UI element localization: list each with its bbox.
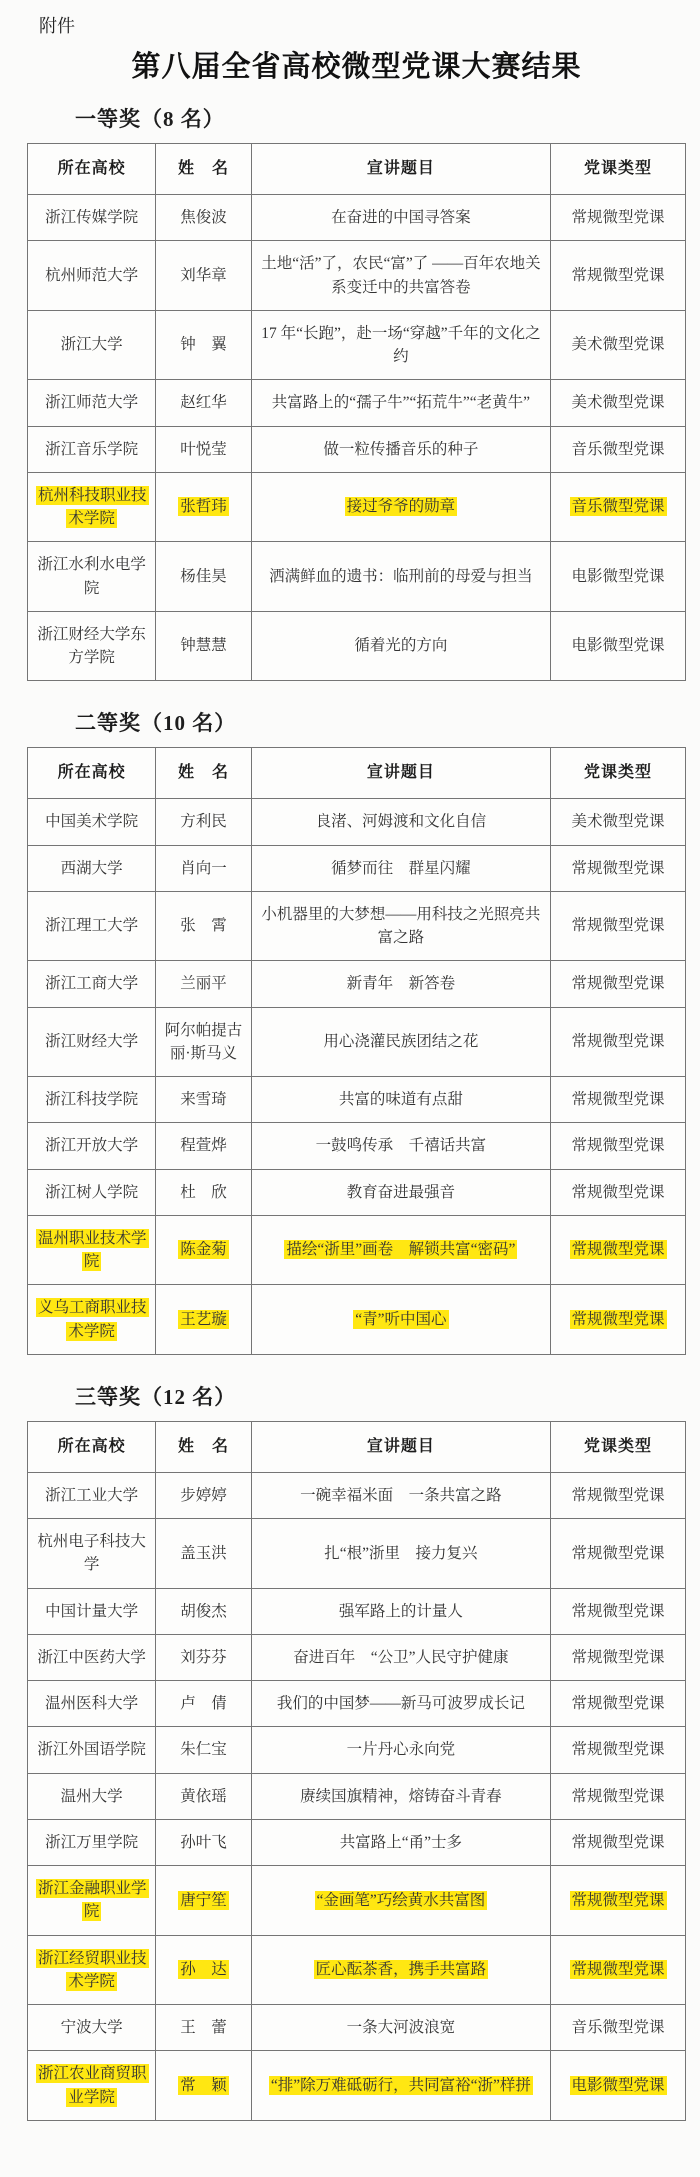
column-header: 宣讲题目 — [251, 748, 550, 799]
cell-text: 肖向一 — [180, 860, 227, 877]
table-row: 杭州电子科技大学盖玉洪扎“根”浙里 接力复兴常规微型党课 — [28, 1519, 686, 1589]
column-header: 姓 名 — [156, 748, 251, 799]
school-cell: 浙江工业大学 — [28, 1472, 156, 1518]
type-cell: 常规微型党课 — [551, 195, 686, 241]
name-cell: 钟 翼 — [156, 310, 251, 380]
cell-text: 循梦而往 群星闪耀 — [331, 860, 471, 877]
school-cell: 浙江师范大学 — [28, 380, 156, 426]
cell-text: 黄依瑶 — [180, 1788, 227, 1805]
topic-cell: “金画笔”巧绘黄水共富图 — [251, 1866, 550, 1936]
cell-text: 张 霄 — [180, 917, 227, 934]
type-cell: 常规微型党课 — [551, 961, 686, 1007]
table-row: 西湖大学肖向一循梦而往 群星闪耀常规微型党课 — [28, 845, 686, 891]
school-cell: 浙江财经大学 — [28, 1007, 156, 1077]
cell-text: 共富的味道有点甜 — [339, 1091, 463, 1108]
table-row: 浙江理工大学张 霄小机器里的大梦想——用科技之光照亮共富之路常规微型党课 — [28, 891, 686, 961]
cell-text: 常规微型党课 — [572, 860, 665, 877]
cell-text: 温州大学 — [61, 1788, 123, 1805]
highlighted-text: “青”听中国心 — [353, 1310, 448, 1329]
cell-text: 中国美术学院 — [45, 813, 138, 830]
cell-text: 教育奋进最强音 — [347, 1184, 456, 1201]
cell-text: 做一粒传播音乐的种子 — [323, 441, 478, 458]
highlighted-text: 常规微型党课 — [570, 1240, 667, 1259]
school-cell: 浙江水利水电学院 — [28, 542, 156, 612]
document-title: 第八届全省高校微型党课大赛结果 — [27, 44, 686, 85]
table-row: 杭州科技职业技术学院张哲玮接过爷爷的勋章音乐微型党课 — [28, 472, 686, 542]
school-cell: 浙江金融职业学院 — [28, 1866, 156, 1936]
cell-text: 美术微型党课 — [572, 336, 665, 353]
cell-text: 浙江理工大学 — [45, 917, 138, 934]
cell-text: 叶悦莹 — [180, 441, 227, 458]
name-cell: 来雪琦 — [156, 1077, 251, 1123]
results-table-1: 所在高校姓 名宣讲题目党课类型浙江传媒学院焦俊波在奋进的中国寻答案常规微型党课杭… — [27, 143, 686, 681]
highlighted-text: 王艺璇 — [178, 1310, 229, 1329]
school-cell: 浙江理工大学 — [28, 891, 156, 961]
cell-text: 程萱烨 — [180, 1137, 227, 1154]
cell-text: 常规微型党课 — [572, 209, 665, 226]
topic-cell: 扎“根”浙里 接力复兴 — [251, 1519, 550, 1589]
table-row: 浙江水利水电学院杨佳昊洒满鲜血的遗书：临刑前的母爱与担当电影微型党课 — [28, 542, 686, 612]
cell-text: 浙江财经大学 — [45, 1033, 138, 1050]
table-row: 浙江工商大学兰丽平新青年 新答卷常规微型党课 — [28, 961, 686, 1007]
name-cell: 常 颖 — [156, 2051, 251, 2121]
cell-text: 循着光的方向 — [354, 637, 447, 654]
cell-text: 常规微型党课 — [572, 1695, 665, 1712]
cell-text: 常规微型党课 — [572, 1603, 665, 1620]
cell-text: 阿尔帕提古丽·斯马义 — [165, 1022, 243, 1062]
name-cell: 叶悦莹 — [156, 426, 251, 472]
cell-text: 共富路上“甬”士多 — [340, 1834, 462, 1851]
school-cell: 杭州电子科技大学 — [28, 1519, 156, 1589]
table-row: 浙江师范大学赵红华共富路上的“孺子牛”“拓荒牛”“老黄牛”美术微型党课 — [28, 380, 686, 426]
cell-text: 土地“活”了，农民“富”了 ——百年农地关系变迁中的共富答卷 — [261, 255, 540, 295]
topic-cell: 一碗幸福米面 一条共富之路 — [251, 1472, 550, 1518]
school-cell: 浙江音乐学院 — [28, 426, 156, 472]
highlighted-text: 音乐微型党课 — [570, 497, 667, 516]
school-cell: 温州医科大学 — [28, 1681, 156, 1727]
topic-cell: 我们的中国梦——新马可波罗成长记 — [251, 1681, 550, 1727]
cell-text: 常规微型党课 — [572, 1834, 665, 1851]
cell-text: 常规微型党课 — [572, 1033, 665, 1050]
cell-text: 孙叶飞 — [180, 1834, 227, 1851]
cell-text: 杭州师范大学 — [45, 267, 138, 284]
cell-text: 西湖大学 — [61, 860, 123, 877]
table-row: 浙江工业大学步婷婷一碗幸福米面 一条共富之路常规微型党课 — [28, 1472, 686, 1518]
table-row: 温州大学黄依瑶赓续国旗精神，熔铸奋斗青春常规微型党课 — [28, 1773, 686, 1819]
cell-text: 步婷婷 — [180, 1487, 227, 1504]
column-header: 宣讲题目 — [251, 1421, 550, 1472]
cell-text: 共富路上的“孺子牛”“拓荒牛”“老黄牛” — [272, 394, 530, 411]
name-cell: 刘芬芬 — [156, 1634, 251, 1680]
highlighted-text: 常规微型党课 — [570, 1891, 667, 1910]
cell-text: 浙江开放大学 — [45, 1137, 138, 1154]
name-cell: 王艺璇 — [156, 1285, 251, 1355]
topic-cell: 新青年 新答卷 — [251, 961, 550, 1007]
sections-container: 一等奖（8 名）所在高校姓 名宣讲题目党课类型浙江传媒学院焦俊波在奋进的中国寻答… — [27, 103, 686, 2121]
cell-text: 一条大河波浪宽 — [347, 2019, 456, 2036]
name-cell: 盖玉洪 — [156, 1519, 251, 1589]
table-row: 温州医科大学卢 倩我们的中国梦——新马可波罗成长记常规微型党课 — [28, 1681, 686, 1727]
name-cell: 杜 欣 — [156, 1169, 251, 1215]
highlighted-text: 常规微型党课 — [570, 1960, 667, 1979]
cell-text: 浙江外国语学院 — [37, 1741, 146, 1758]
table-row: 宁波大学王 蕾一条大河波浪宽音乐微型党课 — [28, 2005, 686, 2051]
name-cell: 钟慧慧 — [156, 611, 251, 681]
name-cell: 程萱烨 — [156, 1123, 251, 1169]
type-cell: 音乐微型党课 — [551, 472, 686, 542]
name-cell: 孙 达 — [156, 1935, 251, 2005]
column-header: 所在高校 — [28, 1421, 156, 1472]
type-cell: 常规微型党课 — [551, 1472, 686, 1518]
results-table-3: 所在高校姓 名宣讲题目党课类型浙江工业大学步婷婷一碗幸福米面 一条共富之路常规微… — [27, 1421, 686, 2121]
section-heading: 三等奖（12 名） — [75, 1381, 686, 1411]
name-cell: 焦俊波 — [156, 195, 251, 241]
cell-text: 钟慧慧 — [180, 637, 227, 654]
school-cell: 浙江经贸职业技术学院 — [28, 1935, 156, 2005]
document-page: 附件 第八届全省高校微型党课大赛结果 一等奖（8 名）所在高校姓 名宣讲题目党课… — [27, 12, 686, 2121]
results-table-2: 所在高校姓 名宣讲题目党课类型中国美术学院方利民良渚、河姆渡和文化自信美术微型党… — [27, 747, 686, 1355]
cell-text: 常规微型党课 — [572, 917, 665, 934]
cell-text: 浙江工商大学 — [45, 975, 138, 992]
cell-text: 常规微型党课 — [572, 1091, 665, 1108]
school-cell: 浙江农业商贸职业学院 — [28, 2051, 156, 2121]
topic-cell: 赓续国旗精神，熔铸奋斗青春 — [251, 1773, 550, 1819]
cell-text: 我们的中国梦——新马可波罗成长记 — [277, 1695, 525, 1712]
cell-text: 洒满鲜血的遗书：临刑前的母爱与担当 — [269, 568, 533, 585]
type-cell: 常规微型党课 — [551, 1077, 686, 1123]
type-cell: 常规微型党课 — [551, 1123, 686, 1169]
table-row: 浙江财经大学阿尔帕提古丽·斯马义用心浇灌民族团结之花常规微型党课 — [28, 1007, 686, 1077]
type-cell: 电影微型党课 — [551, 542, 686, 612]
highlighted-text: 描绘“浙里”画卷 解锁共富“密码” — [284, 1240, 517, 1259]
cell-text: 在奋进的中国寻答案 — [331, 209, 471, 226]
column-header: 所在高校 — [28, 748, 156, 799]
column-header: 姓 名 — [156, 144, 251, 195]
topic-cell: 教育奋进最强音 — [251, 1169, 550, 1215]
table-row: 浙江传媒学院焦俊波在奋进的中国寻答案常规微型党课 — [28, 195, 686, 241]
cell-text: 音乐微型党课 — [572, 2019, 665, 2036]
highlighted-text: 浙江经贸职业技术学院 — [36, 1949, 149, 1991]
type-cell: 常规微型党课 — [551, 891, 686, 961]
column-header: 党课类型 — [551, 1421, 686, 1472]
type-cell: 美术微型党课 — [551, 380, 686, 426]
highlighted-text: 浙江金融职业学院 — [36, 1879, 149, 1921]
highlighted-text: 杭州科技职业技术学院 — [36, 486, 149, 528]
highlighted-text: 常规微型党课 — [570, 1310, 667, 1329]
school-cell: 温州大学 — [28, 1773, 156, 1819]
table-row: 浙江大学钟 翼17 年“长跑”，赴一场“穿越”千年的文化之约美术微型党课 — [28, 310, 686, 380]
attachment-label: 附件 — [39, 12, 686, 38]
cell-text: 刘芬芬 — [180, 1649, 227, 1666]
award-section-2: 二等奖（10 名）所在高校姓 名宣讲题目党课类型中国美术学院方利民良渚、河姆渡和… — [27, 707, 686, 1355]
school-cell: 温州职业技术学院 — [28, 1215, 156, 1285]
topic-cell: 良渚、河姆渡和文化自信 — [251, 799, 550, 845]
cell-text: 钟 翼 — [180, 336, 227, 353]
name-cell: 陈金菊 — [156, 1215, 251, 1285]
cell-text: 浙江水利水电学院 — [37, 556, 146, 596]
cell-text: 胡俊杰 — [180, 1603, 227, 1620]
table-row: 义乌工商职业技术学院王艺璇“青”听中国心常规微型党课 — [28, 1285, 686, 1355]
topic-cell: 描绘“浙里”画卷 解锁共富“密码” — [251, 1215, 550, 1285]
school-cell: 义乌工商职业技术学院 — [28, 1285, 156, 1355]
name-cell: 阿尔帕提古丽·斯马义 — [156, 1007, 251, 1077]
type-cell: 常规微型党课 — [551, 1819, 686, 1865]
school-cell: 浙江工商大学 — [28, 961, 156, 1007]
school-cell: 浙江科技学院 — [28, 1077, 156, 1123]
cell-text: 小机器里的大梦想——用科技之光照亮共富之路 — [261, 906, 540, 946]
cell-text: 浙江财经大学东方学院 — [37, 626, 146, 666]
topic-cell: 17 年“长跑”，赴一场“穿越”千年的文化之约 — [251, 310, 550, 380]
name-cell: 方利民 — [156, 799, 251, 845]
topic-cell: 一片丹心永向党 — [251, 1727, 550, 1773]
topic-cell: 共富路上“甬”士多 — [251, 1819, 550, 1865]
table-row: 浙江经贸职业技术学院孙 达匠心酝茶香，携手共富路常规微型党课 — [28, 1935, 686, 2005]
table-row: 浙江财经大学东方学院钟慧慧循着光的方向电影微型党课 — [28, 611, 686, 681]
table-row: 浙江开放大学程萱烨一鼓鸣传承 千禧话共富常规微型党课 — [28, 1123, 686, 1169]
name-cell: 张哲玮 — [156, 472, 251, 542]
cell-text: 常规微型党课 — [572, 1649, 665, 1666]
school-cell: 浙江万里学院 — [28, 1819, 156, 1865]
topic-cell: 奋进百年 “公卫”人民守护健康 — [251, 1634, 550, 1680]
column-header: 姓 名 — [156, 1421, 251, 1472]
cell-text: 浙江万里学院 — [45, 1834, 138, 1851]
table-row: 浙江科技学院来雪琦共富的味道有点甜常规微型党课 — [28, 1077, 686, 1123]
cell-text: 用心浇灌民族团结之花 — [323, 1033, 478, 1050]
column-header: 宣讲题目 — [251, 144, 550, 195]
name-cell: 步婷婷 — [156, 1472, 251, 1518]
name-cell: 黄依瑶 — [156, 1773, 251, 1819]
school-cell: 浙江中医药大学 — [28, 1634, 156, 1680]
topic-cell: 循梦而往 群星闪耀 — [251, 845, 550, 891]
cell-text: 浙江大学 — [61, 336, 123, 353]
topic-cell: 一鼓鸣传承 千禧话共富 — [251, 1123, 550, 1169]
school-cell: 西湖大学 — [28, 845, 156, 891]
cell-text: 扎“根”浙里 接力复兴 — [324, 1545, 477, 1562]
cell-text: 美术微型党课 — [572, 394, 665, 411]
name-cell: 赵红华 — [156, 380, 251, 426]
section-heading: 二等奖（10 名） — [75, 707, 686, 737]
topic-cell: 用心浇灌民族团结之花 — [251, 1007, 550, 1077]
cell-text: 杭州电子科技大学 — [37, 1533, 146, 1573]
highlighted-text: 匠心酝茶香，携手共富路 — [314, 1960, 489, 1979]
school-cell: 浙江外国语学院 — [28, 1727, 156, 1773]
school-cell: 杭州科技职业技术学院 — [28, 472, 156, 542]
school-cell: 浙江传媒学院 — [28, 195, 156, 241]
highlighted-text: “排”除万难砥砺行，共同富裕“浙”样拼 — [269, 2076, 533, 2095]
type-cell: 常规微型党课 — [551, 241, 686, 311]
school-cell: 浙江财经大学东方学院 — [28, 611, 156, 681]
name-cell: 王 蕾 — [156, 2005, 251, 2051]
table-row: 温州职业技术学院陈金菊描绘“浙里”画卷 解锁共富“密码”常规微型党课 — [28, 1215, 686, 1285]
topic-cell: 做一粒传播音乐的种子 — [251, 426, 550, 472]
cell-text: 良渚、河姆渡和文化自信 — [316, 813, 487, 830]
type-cell: 常规微型党课 — [551, 1519, 686, 1589]
cell-text: 中国计量大学 — [45, 1603, 138, 1620]
table-row: 浙江万里学院孙叶飞共富路上“甬”士多常规微型党课 — [28, 1819, 686, 1865]
column-header: 党课类型 — [551, 144, 686, 195]
cell-text: 浙江师范大学 — [45, 394, 138, 411]
table-row: 浙江树人学院杜 欣教育奋进最强音常规微型党课 — [28, 1169, 686, 1215]
type-cell: 美术微型党课 — [551, 310, 686, 380]
topic-cell: 洒满鲜血的遗书：临刑前的母爱与担当 — [251, 542, 550, 612]
table-row: 中国美术学院方利民良渚、河姆渡和文化自信美术微型党课 — [28, 799, 686, 845]
cell-text: 常规微型党课 — [572, 1741, 665, 1758]
column-header: 所在高校 — [28, 144, 156, 195]
topic-cell: 共富路上的“孺子牛”“拓荒牛”“老黄牛” — [251, 380, 550, 426]
topic-cell: 接过爷爷的勋章 — [251, 472, 550, 542]
topic-cell: 循着光的方向 — [251, 611, 550, 681]
table-row: 中国计量大学胡俊杰强军路上的计量人常规微型党课 — [28, 1588, 686, 1634]
table-row: 浙江农业商贸职业学院常 颖“排”除万难砥砺行，共同富裕“浙”样拼电影微型党课 — [28, 2051, 686, 2121]
highlighted-text: 常 颖 — [178, 2076, 229, 2095]
cell-text: 新青年 新答卷 — [347, 975, 456, 992]
school-cell: 浙江大学 — [28, 310, 156, 380]
topic-cell: “排”除万难砥砺行，共同富裕“浙”样拼 — [251, 2051, 550, 2121]
cell-text: 卢 倩 — [180, 1695, 227, 1712]
type-cell: 音乐微型党课 — [551, 2005, 686, 2051]
highlighted-text: 温州职业技术学院 — [36, 1229, 149, 1271]
cell-text: 常规微型党课 — [572, 1137, 665, 1154]
type-cell: 电影微型党课 — [551, 611, 686, 681]
highlighted-text: 电影微型党课 — [570, 2076, 667, 2095]
type-cell: 常规微型党课 — [551, 1285, 686, 1355]
highlighted-text: 义乌工商职业技术学院 — [36, 1298, 149, 1340]
cell-text: 朱仁宝 — [180, 1741, 227, 1758]
type-cell: 常规微型党课 — [551, 1634, 686, 1680]
type-cell: 常规微型党课 — [551, 845, 686, 891]
cell-text: 常规微型党课 — [572, 1545, 665, 1562]
cell-text: 一鼓鸣传承 千禧话共富 — [316, 1137, 487, 1154]
topic-cell: 小机器里的大梦想——用科技之光照亮共富之路 — [251, 891, 550, 961]
name-cell: 朱仁宝 — [156, 1727, 251, 1773]
name-cell: 孙叶飞 — [156, 1819, 251, 1865]
cell-text: 宁波大学 — [61, 2019, 123, 2036]
header-row: 所在高校姓 名宣讲题目党课类型 — [28, 1421, 686, 1472]
table-row: 浙江音乐学院叶悦莹做一粒传播音乐的种子音乐微型党课 — [28, 426, 686, 472]
cell-text: 强军路上的计量人 — [339, 1603, 463, 1620]
cell-text: 电影微型党课 — [572, 568, 665, 585]
highlighted-text: 张哲玮 — [178, 497, 229, 516]
section-heading: 一等奖（8 名） — [75, 103, 686, 133]
cell-text: 美术微型党课 — [572, 813, 665, 830]
type-cell: 常规微型党课 — [551, 1588, 686, 1634]
name-cell: 唐宁笙 — [156, 1866, 251, 1936]
school-cell: 中国美术学院 — [28, 799, 156, 845]
type-cell: 常规微型党课 — [551, 1773, 686, 1819]
cell-text: 一碗幸福米面 一条共富之路 — [300, 1487, 502, 1504]
type-cell: 常规微型党课 — [551, 1727, 686, 1773]
cell-text: 兰丽平 — [180, 975, 227, 992]
highlighted-text: 浙江农业商贸职业学院 — [36, 2064, 149, 2106]
type-cell: 常规微型党课 — [551, 1169, 686, 1215]
topic-cell: “青”听中国心 — [251, 1285, 550, 1355]
name-cell: 兰丽平 — [156, 961, 251, 1007]
type-cell: 常规微型党课 — [551, 1007, 686, 1077]
cell-text: 焦俊波 — [180, 209, 227, 226]
cell-text: 一片丹心永向党 — [347, 1741, 456, 1758]
cell-text: 常规微型党课 — [572, 1788, 665, 1805]
type-cell: 常规微型党课 — [551, 1866, 686, 1936]
highlighted-text: 孙 达 — [178, 1960, 229, 1979]
cell-text: 杨佳昊 — [180, 568, 227, 585]
cell-text: 赵红华 — [180, 394, 227, 411]
cell-text: 温州医科大学 — [45, 1695, 138, 1712]
name-cell: 胡俊杰 — [156, 1588, 251, 1634]
type-cell: 常规微型党课 — [551, 1935, 686, 2005]
cell-text: 杜 欣 — [180, 1184, 227, 1201]
cell-text: 浙江工业大学 — [45, 1487, 138, 1504]
school-cell: 杭州师范大学 — [28, 241, 156, 311]
header-row: 所在高校姓 名宣讲题目党课类型 — [28, 144, 686, 195]
type-cell: 常规微型党课 — [551, 1215, 686, 1285]
cell-text: 常规微型党课 — [572, 1184, 665, 1201]
cell-text: 王 蕾 — [180, 2019, 227, 2036]
table-row: 浙江金融职业学院唐宁笙“金画笔”巧绘黄水共富图常规微型党课 — [28, 1866, 686, 1936]
type-cell: 电影微型党课 — [551, 2051, 686, 2121]
cell-text: 盖玉洪 — [180, 1545, 227, 1562]
type-cell: 常规微型党课 — [551, 1681, 686, 1727]
topic-cell: 匠心酝茶香，携手共富路 — [251, 1935, 550, 2005]
name-cell: 肖向一 — [156, 845, 251, 891]
name-cell: 刘华章 — [156, 241, 251, 311]
table-row: 浙江中医药大学刘芬芬奋进百年 “公卫”人民守护健康常规微型党课 — [28, 1634, 686, 1680]
cell-text: 浙江传媒学院 — [45, 209, 138, 226]
cell-text: 赓续国旗精神，熔铸奋斗青春 — [300, 1788, 502, 1805]
topic-cell: 共富的味道有点甜 — [251, 1077, 550, 1123]
type-cell: 美术微型党课 — [551, 799, 686, 845]
cell-text: 浙江科技学院 — [45, 1091, 138, 1108]
column-header: 党课类型 — [551, 748, 686, 799]
cell-text: 音乐微型党课 — [572, 441, 665, 458]
type-cell: 音乐微型党课 — [551, 426, 686, 472]
cell-text: 浙江中医药大学 — [37, 1649, 146, 1666]
highlighted-text: 接过爷爷的勋章 — [345, 497, 458, 516]
topic-cell: 强军路上的计量人 — [251, 1588, 550, 1634]
topic-cell: 土地“活”了，农民“富”了 ——百年农地关系变迁中的共富答卷 — [251, 241, 550, 311]
cell-text: 电影微型党课 — [572, 637, 665, 654]
highlighted-text: 陈金菊 — [178, 1240, 229, 1259]
highlighted-text: 唐宁笙 — [178, 1891, 229, 1910]
school-cell: 中国计量大学 — [28, 1588, 156, 1634]
cell-text: 刘华章 — [180, 267, 227, 284]
topic-cell: 在奋进的中国寻答案 — [251, 195, 550, 241]
award-section-1: 一等奖（8 名）所在高校姓 名宣讲题目党课类型浙江传媒学院焦俊波在奋进的中国寻答… — [27, 103, 686, 681]
cell-text: 浙江音乐学院 — [45, 441, 138, 458]
school-cell: 浙江树人学院 — [28, 1169, 156, 1215]
school-cell: 浙江开放大学 — [28, 1123, 156, 1169]
header-row: 所在高校姓 名宣讲题目党课类型 — [28, 748, 686, 799]
cell-text: 常规微型党课 — [572, 267, 665, 284]
highlighted-text: “金画笔”巧绘黄水共富图 — [315, 1891, 488, 1910]
cell-text: 17 年“长跑”，赴一场“穿越”千年的文化之约 — [261, 325, 540, 365]
name-cell: 杨佳昊 — [156, 542, 251, 612]
cell-text: 浙江树人学院 — [45, 1184, 138, 1201]
cell-text: 奋进百年 “公卫”人民守护健康 — [293, 1649, 508, 1666]
cell-text: 常规微型党课 — [572, 1487, 665, 1504]
table-row: 浙江外国语学院朱仁宝一片丹心永向党常规微型党课 — [28, 1727, 686, 1773]
cell-text: 方利民 — [180, 813, 227, 830]
cell-text: 常规微型党课 — [572, 975, 665, 992]
name-cell: 卢 倩 — [156, 1681, 251, 1727]
topic-cell: 一条大河波浪宽 — [251, 2005, 550, 2051]
school-cell: 宁波大学 — [28, 2005, 156, 2051]
cell-text: 来雪琦 — [180, 1091, 227, 1108]
table-row: 杭州师范大学刘华章土地“活”了，农民“富”了 ——百年农地关系变迁中的共富答卷常… — [28, 241, 686, 311]
award-section-3: 三等奖（12 名）所在高校姓 名宣讲题目党课类型浙江工业大学步婷婷一碗幸福米面 … — [27, 1381, 686, 2121]
name-cell: 张 霄 — [156, 891, 251, 961]
